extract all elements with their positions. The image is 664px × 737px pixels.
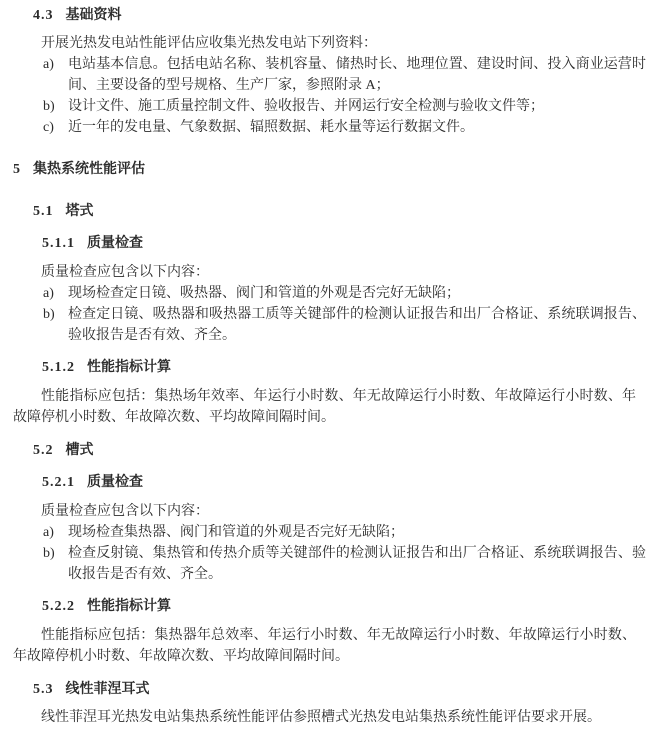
list-item-text: 设计文件、施工质量控制文件、验收报告、并网运行安全检测与验收文件等； [68,99,544,114]
list-item-marker: b) [43,96,55,117]
list-5-2-1: a)现场检查集热器、阀门和管道的外观是否完好无缺陷； b)检查反射镜、集热管和传… [0,522,664,585]
list-5-1-1: a)现场检查定日镜、吸热器、阀门和管道的外观是否完好无缺陷； b)检查定日镜、吸… [0,283,664,346]
heading-5-2-1: 5.2.1质量检查 [0,472,664,493]
heading-4-3: 4.3基础资料 [0,5,664,26]
heading-5-1-2: 5.1.2性能指标计算 [0,357,664,378]
heading-title: 集热系统性能评估 [33,162,145,177]
list-item-text: 检查定日镜、吸热器和吸热器工质等关键部件的检测认证报告和出厂合格证、系统联调报告… [68,307,646,343]
list-item: a)电站基本信息。包括电站名称、装机容量、储热时长、地理位置、建设时间、投入商业… [0,54,664,96]
heading-number: 5.2.1 [42,475,75,490]
heading-5-2: 5.2槽式 [0,440,664,461]
list-item: b)检查定日镜、吸热器和吸热器工质等关键部件的检测认证报告和出厂合格证、系统联调… [0,304,664,346]
heading-title: 质量检查 [87,236,143,251]
heading-number: 5 [13,162,21,177]
list-item: b)设计文件、施工质量控制文件、验收报告、并网运行安全检测与验收文件等； [0,96,664,117]
heading-5-1: 5.1塔式 [0,201,664,222]
heading-5-1-1: 5.1.1质量检查 [0,233,664,254]
list-item-text: 近一年的发电量、气象数据、辐照数据、耗水量等运行数据文件。 [68,120,474,135]
heading-number: 5.2 [33,443,54,458]
list-item-text: 现场检查定日镜、吸热器、阀门和管道的外观是否完好无缺陷； [68,286,460,301]
heading-title: 质量检查 [87,475,143,490]
heading-title: 槽式 [66,443,94,458]
heading-number: 5.1.2 [42,360,75,375]
list-item-marker: a) [43,283,54,304]
paragraph-5-3: 线性菲涅耳光热发电站集热系统性能评估参照槽式光热发电站集热系统性能评估要求开展。 [0,707,664,728]
paragraph-intro-4-3: 开展光热发电站性能评估应收集光热发电站下列资料： [0,33,664,54]
list-item: a)现场检查集热器、阀门和管道的外观是否完好无缺陷； [0,522,664,543]
list-item-text: 现场检查集热器、阀门和管道的外观是否完好无缺陷； [68,525,404,540]
list-item-marker: c) [43,117,54,138]
list-item-text: 电站基本信息。包括电站名称、装机容量、储热时长、地理位置、建设时间、投入商业运营… [68,57,646,93]
list-item: b)检查反射镜、集热管和传热介质等关键部件的检测认证报告和出厂合格证、系统联调报… [0,543,664,585]
heading-title: 线性菲涅耳式 [66,682,150,697]
list-item-marker: a) [43,522,54,543]
paragraph-metrics-5-1-2: 性能指标应包括：集热场年效率、年运行小时数、年无故障运行小时数、年故障运行小时数… [0,386,664,428]
heading-number: 5.1.1 [42,236,75,251]
heading-title: 性能指标计算 [87,599,171,614]
list-item: c)近一年的发电量、气象数据、辐照数据、耗水量等运行数据文件。 [0,117,664,138]
list-item-marker: b) [43,543,55,564]
list-item-text: 检查反射镜、集热管和传热介质等关键部件的检测认证报告和出厂合格证、系统联调报告、… [68,546,646,582]
list-item: a)现场检查定日镜、吸热器、阀门和管道的外观是否完好无缺陷； [0,283,664,304]
heading-number: 5.3 [33,682,54,697]
list-4-3: a)电站基本信息。包括电站名称、装机容量、储热时长、地理位置、建设时间、投入商业… [0,54,664,138]
heading-5: 5集热系统性能评估 [0,159,664,180]
list-item-marker: b) [43,304,55,325]
paragraph-metrics-5-2-2: 性能指标应包括：集热器年总效率、年运行小时数、年无故障运行小时数、年故障运行小时… [0,625,664,667]
paragraph-intro-5-2-1: 质量检查应包含以下内容： [0,501,664,522]
heading-5-2-2: 5.2.2性能指标计算 [0,596,664,617]
heading-title: 基础资料 [66,8,122,23]
heading-title: 性能指标计算 [87,360,171,375]
heading-number: 5.1 [33,204,54,219]
heading-title: 塔式 [66,204,94,219]
heading-number: 4.3 [33,8,54,23]
heading-number: 5.2.2 [42,599,75,614]
list-item-marker: a) [43,54,54,75]
paragraph-intro-5-1-1: 质量检查应包含以下内容： [0,262,664,283]
document-page: 4.3基础资料 开展光热发电站性能评估应收集光热发电站下列资料： a)电站基本信… [0,0,664,728]
heading-5-3: 5.3线性菲涅耳式 [0,679,664,700]
